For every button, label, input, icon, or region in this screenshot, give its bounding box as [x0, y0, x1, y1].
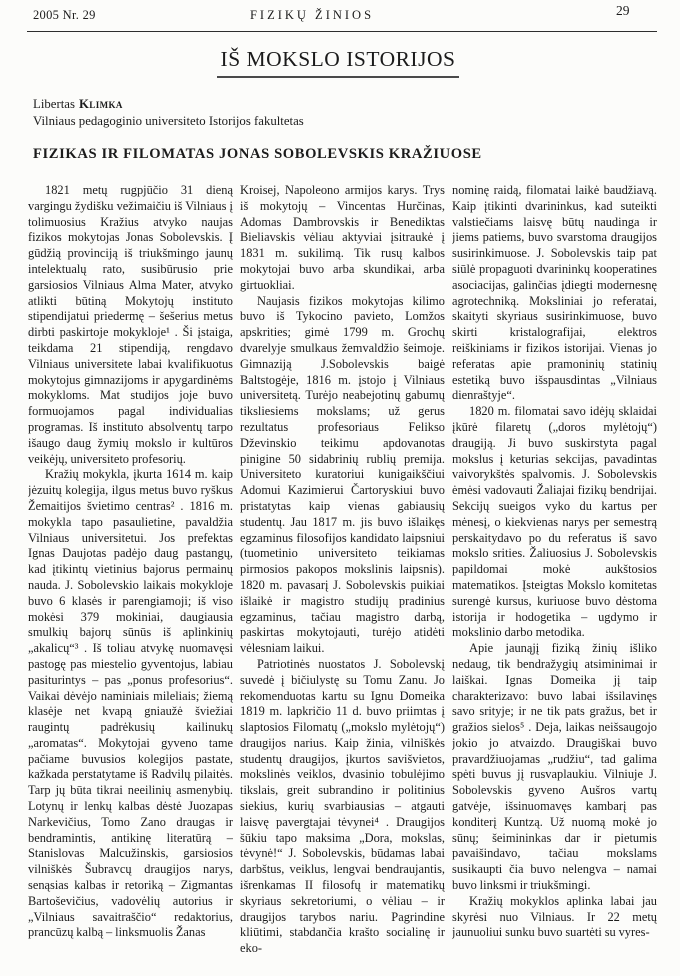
section-title: IŠ MOKSLO ISTORIJOS [217, 47, 460, 78]
paragraph: Patriotinės nuostatos J. Sobolevskį suve… [240, 657, 445, 957]
paragraph: Apie jaunąjį fiziką žinių išliko nedaug,… [452, 641, 657, 894]
paragraph: Naujasis fizikos mokytojas kilimo buvo i… [240, 294, 445, 657]
header-rule [27, 31, 657, 32]
author-name: LibertasKlimka [33, 96, 304, 113]
running-head-issue: 2005 Nr. 29 [33, 8, 96, 23]
section-title-wrap: IŠ MOKSLO ISTORIJOS [27, 47, 649, 78]
paragraph: 1821 metų rugpjūčio 31 dieną vargingu žy… [28, 183, 233, 467]
paragraph: Kražių mokykla, įkurta 1614 m. kaip jėzu… [28, 467, 233, 941]
author-block: LibertasKlimka Vilniaus pedagoginio univ… [33, 96, 304, 129]
text-column-2: Kroisej, Napoleono armijos karys. Trys i… [240, 183, 445, 963]
author-affiliation: Vilniaus pedagoginio universiteto Istori… [33, 113, 304, 130]
paragraph: nominę raidą, filomatai laikė baudžiavą.… [452, 183, 657, 404]
author-last-name: Klimka [79, 97, 123, 111]
paragraph: Kražių mokyklos aplinka labai jau skyrės… [452, 894, 657, 941]
page-number: 29 [616, 3, 630, 19]
article-body: 1821 metų rugpjūčio 31 dieną vargingu žy… [28, 183, 657, 963]
article-title: FIZIKAS IR FILOMATAS JONAS SOBOLEVSKIS K… [33, 146, 653, 163]
author-first-name: Libertas [33, 97, 75, 111]
scanned-journal-page: 2005 Nr. 29 FIZIKŲ ŽINIOS 29 IŠ MOKSLO I… [0, 0, 680, 976]
text-column-1: 1821 metų rugpjūčio 31 dieną vargingu žy… [28, 183, 233, 963]
running-head-journal-title: FIZIKŲ ŽINIOS [222, 8, 402, 23]
text-column-3: nominę raidą, filomatai laikė baudžiavą.… [452, 183, 657, 963]
paragraph: 1820 m. filomatai savo idėjų sklaidai įk… [452, 404, 657, 641]
paragraph: Kroisej, Napoleono armijos karys. Trys i… [240, 183, 445, 294]
